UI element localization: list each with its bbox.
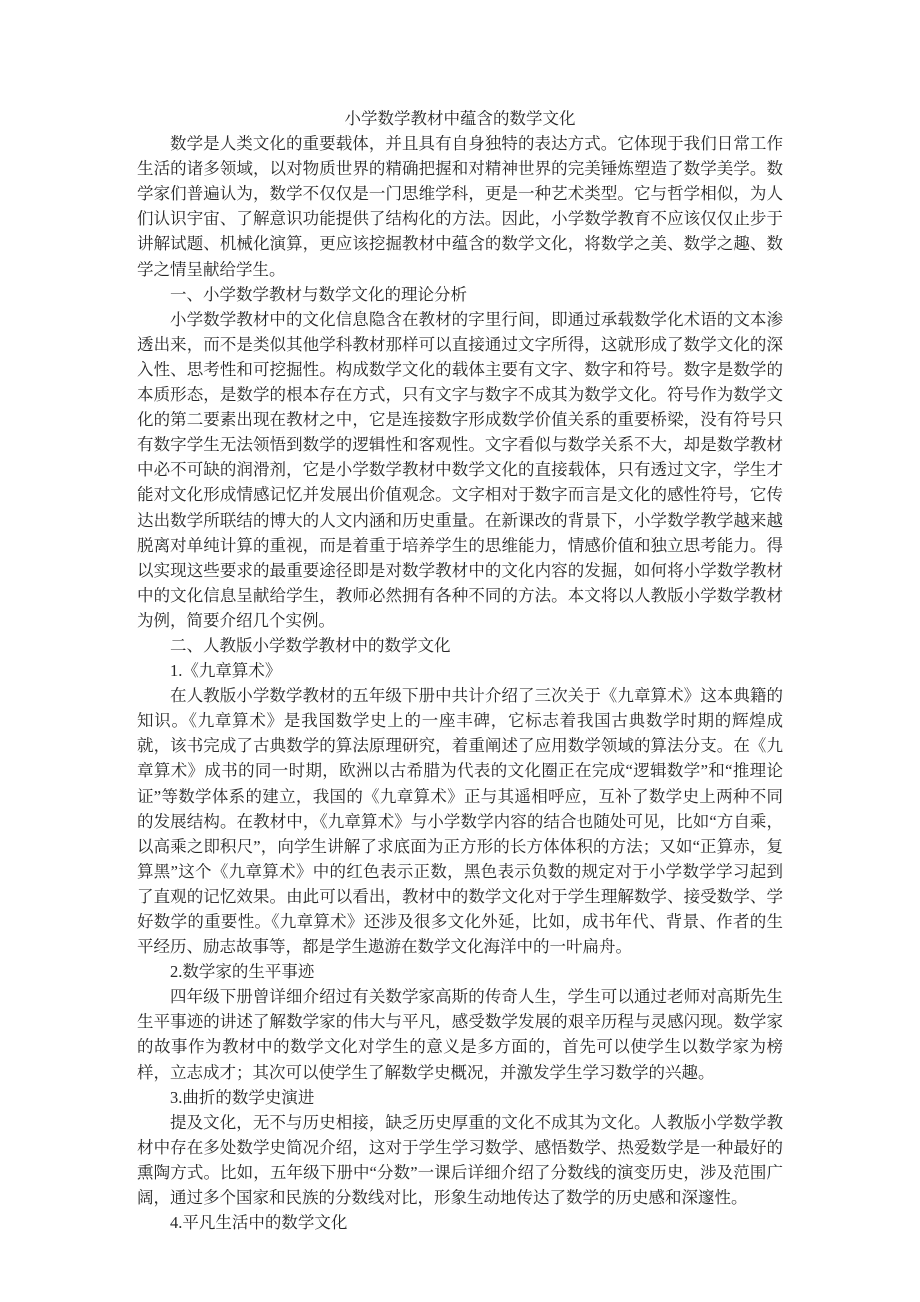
paragraph-history: 提及文化，无不与历史相接，缺乏历史厚重的文化不成其为文化。人教版小学数学教材中存… (137, 1110, 783, 1210)
paragraph-mathematicians: 四年级下册曾详细介绍过有关数学家高斯的传奇人生，学生可以通过老师对高斯先生生平事… (137, 984, 783, 1084)
paragraph-intro: 数学是人类文化的重要载体，并且具有自身独特的表达方式。它体现于我们日常工作生活的… (137, 131, 783, 282)
section-heading-1: 一、小学数学教材与数学文化的理论分析 (137, 282, 783, 307)
section-heading-2: 二、人教版小学数学教材中的数学文化 (137, 633, 783, 658)
subsection-heading-jiuzhang: 1.《九章算术》 (137, 658, 783, 683)
subsection-heading-daily-life: 4.平凡生活中的数学文化 (137, 1210, 783, 1235)
document-title: 小学数学教材中蕴含的数学文化 (137, 106, 783, 131)
subsection-heading-history: 3.曲折的数学史演进 (137, 1085, 783, 1110)
paragraph-theory-analysis: 小学数学教材中的文化信息隐含在教材的字里行间，即通过承载数学化术语的文本渗透出来… (137, 307, 783, 633)
document-page: 小学数学教材中蕴含的数学文化 数学是人类文化的重要载体，并且具有自身独特的表达方… (0, 0, 920, 1302)
subsection-heading-mathematicians: 2.数学家的生平事迹 (137, 959, 783, 984)
paragraph-jiuzhang: 在人教版小学数学教材的五年级下册中共计介绍了三次关于《九章算术》这本典籍的知识。… (137, 683, 783, 959)
